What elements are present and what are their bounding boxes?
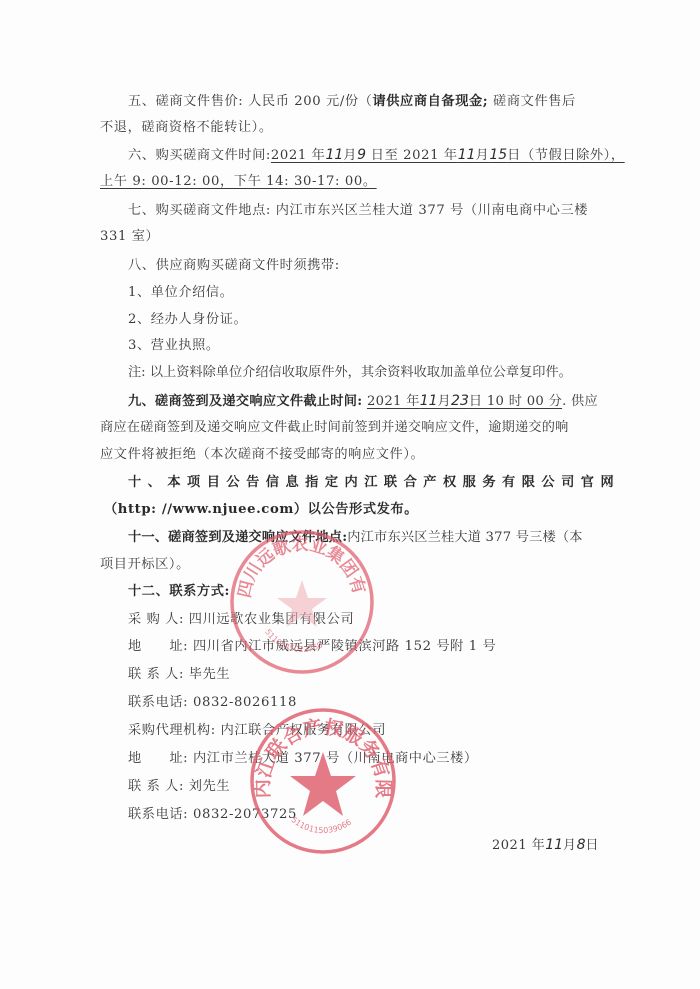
purchaser-address-label: 地 址: [128, 639, 188, 654]
text: 日（节假日除外）， [507, 148, 625, 163]
section-8-label: 八、供应商购买磋商文件时须携带: [128, 258, 628, 274]
handwritten-day: 23 [451, 393, 469, 409]
purchaser-contact-label: 联 系 人: [128, 667, 184, 682]
section-9-label: 九、磋商签到及递交响应文件截止时间: [128, 394, 362, 409]
handwritten-month: 11 [325, 147, 343, 163]
purchaser-phone-row: 联系电话: 0832-8026118 [128, 695, 628, 711]
section-11-address: 内江市东兴区兰桂大道 377 号三楼（本 [347, 530, 582, 545]
agency-name-label: 采购代理机构: [128, 723, 216, 738]
agency-contact-row: 联 系 人: 刘先生 [128, 779, 628, 795]
section-10-url[interactable]: （http: //www.njuee.com）以公告形式发布。 [104, 502, 604, 518]
handwritten-month: 11 [545, 837, 563, 853]
handwritten-month: 11 [420, 393, 438, 409]
section-5-cash-note: 请供应商自备现金; [372, 94, 488, 109]
section-10: 十、本项目公告信息指定内江联合产权服务有限公司官网 [128, 475, 628, 491]
agency-phone: 0832-2073725 [193, 807, 297, 822]
section-7-label: 七、购买磋商文件地点: [128, 203, 271, 218]
signature-date: 2021 年11月8日 [492, 834, 599, 853]
text: 月 [343, 148, 357, 163]
purchaser-name-row: 采 购 人: 四川远歌农业集团有限公司 [128, 612, 628, 628]
handwritten-month: 11 [458, 147, 476, 163]
agency-address-label: 地 址: [128, 751, 188, 766]
section-6-date-range: 2021 年11月9 日至 2021 年11月15日（节假日除外）， [271, 148, 625, 163]
section-11: 十一、磋商签到及递交响应文件地点:内江市东兴区兰桂大道 377 号三楼（本 [128, 530, 628, 546]
section-8-item-3: 3、营业执照。 [128, 338, 628, 354]
agency-phone-row: 联系电话: 0832-2073725 [128, 807, 628, 823]
agency-phone-label: 联系电话: [128, 807, 188, 822]
section-7-continued: 331 室） [100, 229, 600, 245]
handwritten-day: 15 [489, 147, 507, 163]
agency-address: 内江市兰桂大道 377 号（川南电商中心三楼） [193, 751, 478, 766]
section-9: 九、磋商签到及递交响应文件截止时间: 2021 年11月23日 10 时 00 … [128, 393, 628, 410]
purchaser-name-label: 采 购 人: [128, 612, 184, 627]
text: 月 [563, 838, 577, 853]
section-9-deadline: 2021 年11月23日 10 时 00 分 [367, 394, 562, 409]
agency-name-row: 采购代理机构: 内江联合产权服务有限公司 [128, 723, 628, 739]
section-6-label: 六、购买磋商文件时间: [128, 148, 271, 163]
section-7: 七、购买磋商文件地点: 内江市东兴区兰桂大道 377 号（川南电商中心三楼 [128, 203, 628, 219]
section-8-note: 注: 以上资料除单位介绍信收取原件外，其余资料收取加盖单位公章复印件。 [128, 365, 628, 381]
date-year: 2021 年 [492, 838, 545, 853]
purchaser-phone-label: 联系电话: [128, 695, 188, 710]
section-5-nonrefund: 磋商文件售后 [488, 94, 576, 109]
text: 2021 年 [271, 148, 326, 163]
section-11-label: 十一、磋商签到及递交响应文件地点: [128, 530, 347, 545]
agency-contact-label: 联 系 人: [128, 779, 184, 794]
text: 月 [438, 394, 452, 409]
section-8-item-2: 2、经办人身份证。 [128, 312, 628, 328]
handwritten-day: 9 [357, 147, 366, 163]
purchaser-contact-row: 联 系 人: 毕先生 [128, 667, 628, 683]
section-5-label: 五、磋商文件售价: [128, 94, 243, 109]
section-6-hours: 上午 9: 00-12: 00，下午 14: 30-17: 00。 [100, 174, 377, 190]
section-9-continued-2: 应文件将被拒绝（本次磋商不接受邮寄的响应文件）。 [100, 447, 600, 463]
text: 2021 年 [367, 394, 420, 409]
purchaser-name: 四川远歌农业集团有限公司 [189, 612, 354, 627]
agency-address-row: 地 址: 内江市兰桂大道 377 号（川南电商中心三楼） [128, 751, 628, 767]
text: 日至 2021 年 [366, 148, 458, 163]
purchaser-address: 四川省内江市威远县严陵镇滨河路 152 号附 1 号 [193, 639, 496, 654]
section-5: 五、磋商文件售价: 人民币 200 元/份（请供应商自备现金; 磋商文件售后 [128, 94, 628, 110]
section-12-label: 十二、联系方式: [128, 584, 628, 600]
purchaser-phone: 0832-8026118 [193, 695, 297, 710]
purchaser-address-row: 地 址: 四川省内江市威远县严陵镇滨河路 152 号附 1 号 [128, 639, 628, 655]
section-5-continued: 不退，磋商资格不能转让）。 [100, 120, 600, 136]
section-9-continued-1: 商应在磋商签到及递交响应文件截止时间前签到并递交响应文件，逾期递交的响 [100, 420, 600, 436]
text: 月 [476, 148, 490, 163]
document-page: 五、磋商文件售价: 人民币 200 元/份（请供应商自备现金; 磋商文件售后 不… [0, 0, 700, 989]
text: . 供应 [562, 394, 598, 409]
text: 日 [585, 838, 599, 853]
purchaser-contact: 毕先生 [189, 667, 230, 682]
agency-name: 内江联合产权服务有限公司 [221, 723, 386, 738]
section-6: 六、购买磋商文件时间:2021 年11月9 日至 2021 年11月15日（节假… [128, 147, 628, 164]
section-11-continued: 项目开标区）。 [100, 557, 600, 573]
agency-contact: 刘先生 [189, 779, 230, 794]
text: 日 10 时 00 分 [469, 394, 562, 409]
section-5-price: 人民币 200 元/份（ [248, 94, 372, 109]
section-7-address: 内江市东兴区兰桂大道 377 号（川南电商中心三楼 [271, 203, 588, 218]
section-8-item-1: 1、单位介绍信。 [128, 285, 628, 301]
